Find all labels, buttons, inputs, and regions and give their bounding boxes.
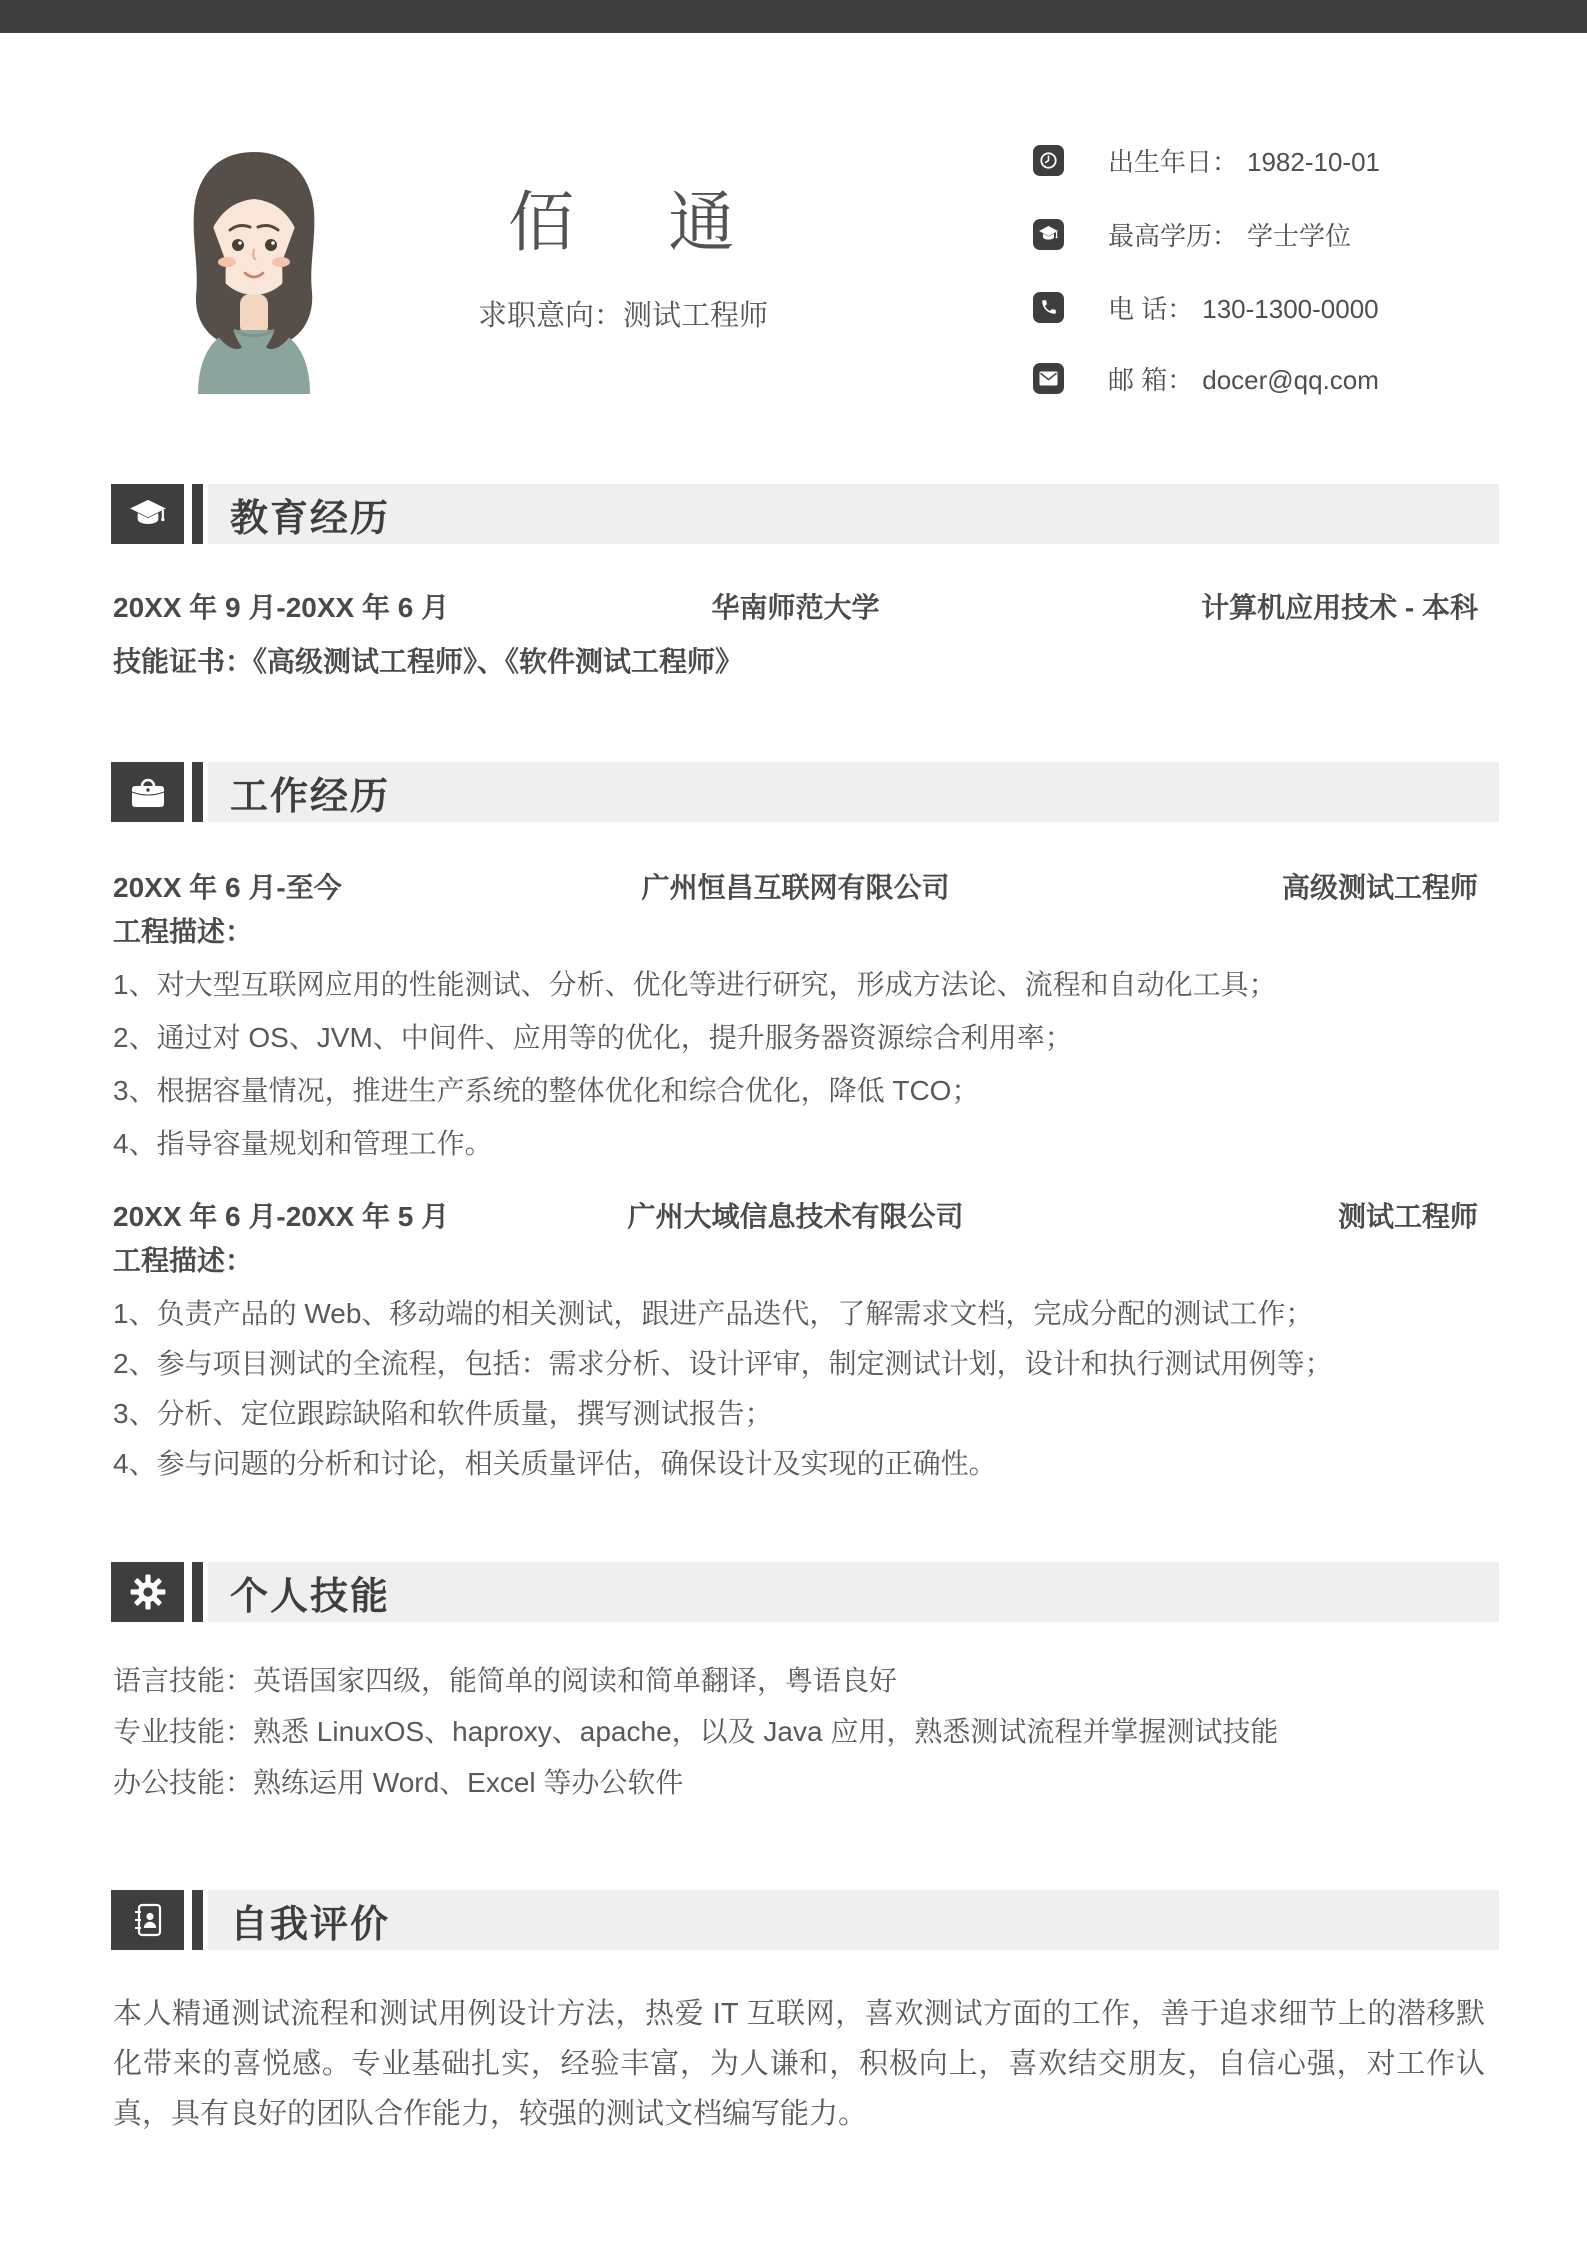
contact-value: docer@qq.com (1202, 365, 1379, 395)
job-role: 测试工程师 (1338, 1199, 1478, 1235)
address-book-icon (111, 1890, 184, 1950)
job-period: 20XX 年 6 月-至今 (113, 870, 342, 906)
section-title-bar: 个人技能 (208, 1562, 1499, 1622)
job-intention: 求职意向：测试工程师 (478, 293, 768, 334)
contact-label: 邮 箱： (1108, 365, 1193, 395)
job-company: 广州大域信息技术有限公司 (627, 1199, 963, 1235)
job-item: 2、通过对 OS、JVM、中间件、应用等的优化，提升服务器资源综合利用率； (113, 1020, 1073, 1056)
contact-birth-text: 出生年日：1982-10-01 (1108, 142, 1380, 179)
contact-row-phone: 电 话：130-1300-0000 (1033, 291, 1379, 323)
contact-value: 学士学位 (1247, 221, 1351, 251)
job-row: 20XX 年 6 月-至今 广州恒昌互联网有限公司 高级测试工程师 (113, 870, 1478, 906)
section-title: 自我评价 (230, 1893, 390, 1948)
education-row: 20XX 年 9 月-20XX 年 6 月 华南师范大学 计算机应用技术 - 本… (113, 590, 1478, 626)
avatar (176, 146, 332, 394)
section-header-education: 教育经历 (111, 484, 1499, 544)
phone-icon (1033, 292, 1064, 323)
contact-label: 电 话： (1108, 294, 1193, 324)
skill-line: 专业技能：熟悉 LinuxOS、haproxy、apache，以及 Java 应… (113, 1714, 1278, 1750)
education-period: 20XX 年 9 月-20XX 年 6 月 (113, 590, 449, 626)
resume-page: 佰 通 求职意向：测试工程师 出生年日：1982-10-01 最高学历：学士学位… (0, 0, 1587, 2245)
job-item: 3、分析、定位跟踪缺陷和软件质量，撰写测试报告； (113, 1396, 773, 1432)
top-accent-bar (0, 0, 1587, 33)
section-title: 工作经历 (230, 765, 390, 820)
job-item: 3、根据容量情况，推进生产系统的整体优化和综合优化，降低 TCO； (113, 1073, 979, 1109)
contact-phone-text: 电 话：130-1300-0000 (1108, 289, 1379, 326)
gear-icon (111, 1562, 184, 1622)
job-company: 广州恒昌互联网有限公司 (641, 870, 949, 906)
section-header-work: 工作经历 (111, 762, 1499, 822)
job-role: 高级测试工程师 (1282, 870, 1478, 906)
clock-icon (1033, 145, 1064, 176)
section-header-skills: 个人技能 (111, 1562, 1499, 1622)
contact-email-text: 邮 箱：docer@qq.com (1108, 360, 1379, 397)
contact-label: 最高学历： (1108, 221, 1238, 251)
contact-value: 1982-10-01 (1247, 147, 1380, 177)
section-header-evaluation: 自我评价 (111, 1890, 1499, 1950)
job-item: 4、指导容量规划和管理工作。 (113, 1126, 493, 1162)
candidate-name: 佰 通 (508, 186, 736, 259)
graduation-cap-icon (1033, 219, 1064, 250)
contact-label: 出生年日： (1108, 147, 1238, 177)
job-item: 4、参与问题的分析和讨论，相关质量评估，确保设计及实现的正确性。 (113, 1446, 997, 1482)
job-item: 1、负责产品的 Web、移动端的相关测试，跟进产品迭代，了解需求文档，完成分配的… (113, 1296, 1313, 1332)
job-desc-label: 工程描述： (113, 1243, 253, 1279)
contact-value: 130-1300-0000 (1202, 294, 1378, 324)
education-certificates: 技能证书：《高级测试工程师》、《软件测试工程师》 (113, 644, 743, 680)
job-item: 1、对大型互联网应用的性能测试、分析、优化等进行研究，形成方法论、流程和自动化工… (113, 967, 1277, 1003)
section-title: 教育经历 (230, 487, 390, 542)
contact-row-birth: 出生年日：1982-10-01 (1033, 144, 1380, 176)
skill-line: 语言技能：英语国家四级，能简单的阅读和简单翻译，粤语良好 (113, 1663, 897, 1699)
self-evaluation-text: 本人精通测试流程和测试用例设计方法，热爱 IT 互联网，喜欢测试方面的工作，善于… (113, 1989, 1485, 2139)
section-title-bar: 自我评价 (208, 1890, 1499, 1950)
section-title: 个人技能 (230, 1565, 390, 1620)
job-item: 2、参与项目测试的全流程，包括：需求分析、设计评审，制定测试计划，设计和执行测试… (113, 1346, 1333, 1382)
graduation-cap-icon (111, 484, 184, 544)
skill-line: 办公技能：熟练运用 Word、Excel 等办公软件 (113, 1765, 683, 1801)
section-accent-bar (192, 1562, 203, 1622)
job-desc-label: 工程描述： (113, 914, 253, 950)
section-title-bar: 教育经历 (208, 484, 1499, 544)
mail-icon (1033, 363, 1064, 394)
education-degree: 计算机应用技术 - 本科 (1201, 590, 1478, 626)
section-accent-bar (192, 1890, 203, 1950)
contact-row-education: 最高学历：学士学位 (1033, 218, 1351, 250)
section-accent-bar (192, 762, 203, 822)
education-school: 华南师范大学 (711, 590, 879, 626)
contact-education-text: 最高学历：学士学位 (1108, 216, 1351, 253)
job-row: 20XX 年 6 月-20XX 年 5 月 广州大域信息技术有限公司 测试工程师 (113, 1199, 1478, 1235)
section-accent-bar (192, 484, 203, 544)
briefcase-icon (111, 762, 184, 822)
job-period: 20XX 年 6 月-20XX 年 5 月 (113, 1199, 449, 1235)
section-title-bar: 工作经历 (208, 762, 1499, 822)
contact-row-email: 邮 箱：docer@qq.com (1033, 362, 1379, 394)
